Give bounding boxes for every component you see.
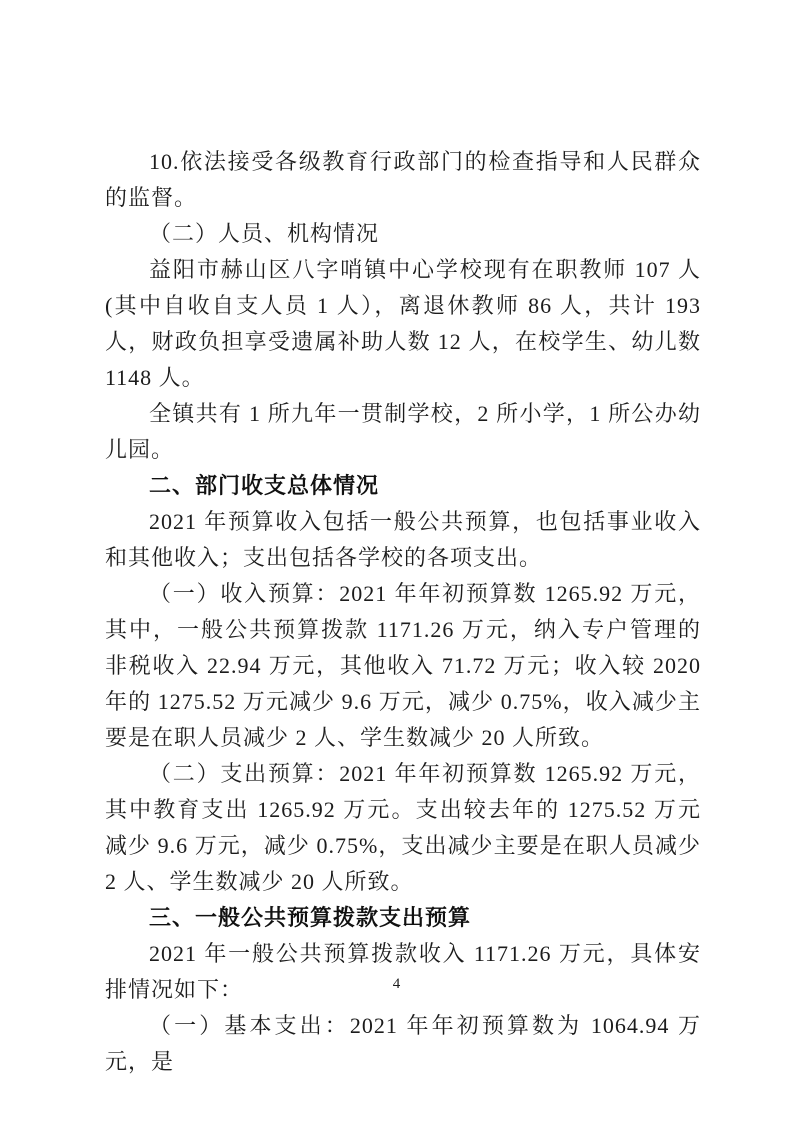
section-heading: 二、部门收支总体情况	[105, 468, 701, 504]
paragraph: 2021 年预算收入包括一般公共预算，也包括事业收入和其他收入；支出包括各学校的…	[105, 504, 701, 576]
paragraph: 益阳市赫山区八字哨镇中心学校现有在职教师 107 人(其中自收自支人员 1 人）…	[105, 252, 701, 396]
document-body: 10.依法接受各级教育行政部门的检查指导和人民群众的监督。（二）人员、机构情况益…	[105, 144, 701, 1080]
page-number: 4	[0, 976, 793, 993]
paragraph: 2021 年一般公共预算拨款收入 1171.26 万元，具体安排情况如下：	[105, 936, 701, 1008]
paragraph: （一）基本支出：2021 年年初预算数为 1064.94 万元，是	[105, 1008, 701, 1080]
paragraph: 全镇共有 1 所九年一贯制学校，2 所小学，1 所公办幼儿园。	[105, 396, 701, 468]
document-page: 10.依法接受各级教育行政部门的检查指导和人民群众的监督。（二）人员、机构情况益…	[0, 0, 793, 1122]
paragraph: （二）人员、机构情况	[105, 216, 701, 252]
section-heading: 三、一般公共预算拨款支出预算	[105, 900, 701, 936]
paragraph: （二）支出预算：2021 年年初预算数 1265.92 万元，其中教育支出 12…	[105, 756, 701, 900]
paragraph: 10.依法接受各级教育行政部门的检查指导和人民群众的监督。	[105, 144, 701, 216]
paragraph: （一）收入预算：2021 年年初预算数 1265.92 万元，其中，一般公共预算…	[105, 576, 701, 756]
